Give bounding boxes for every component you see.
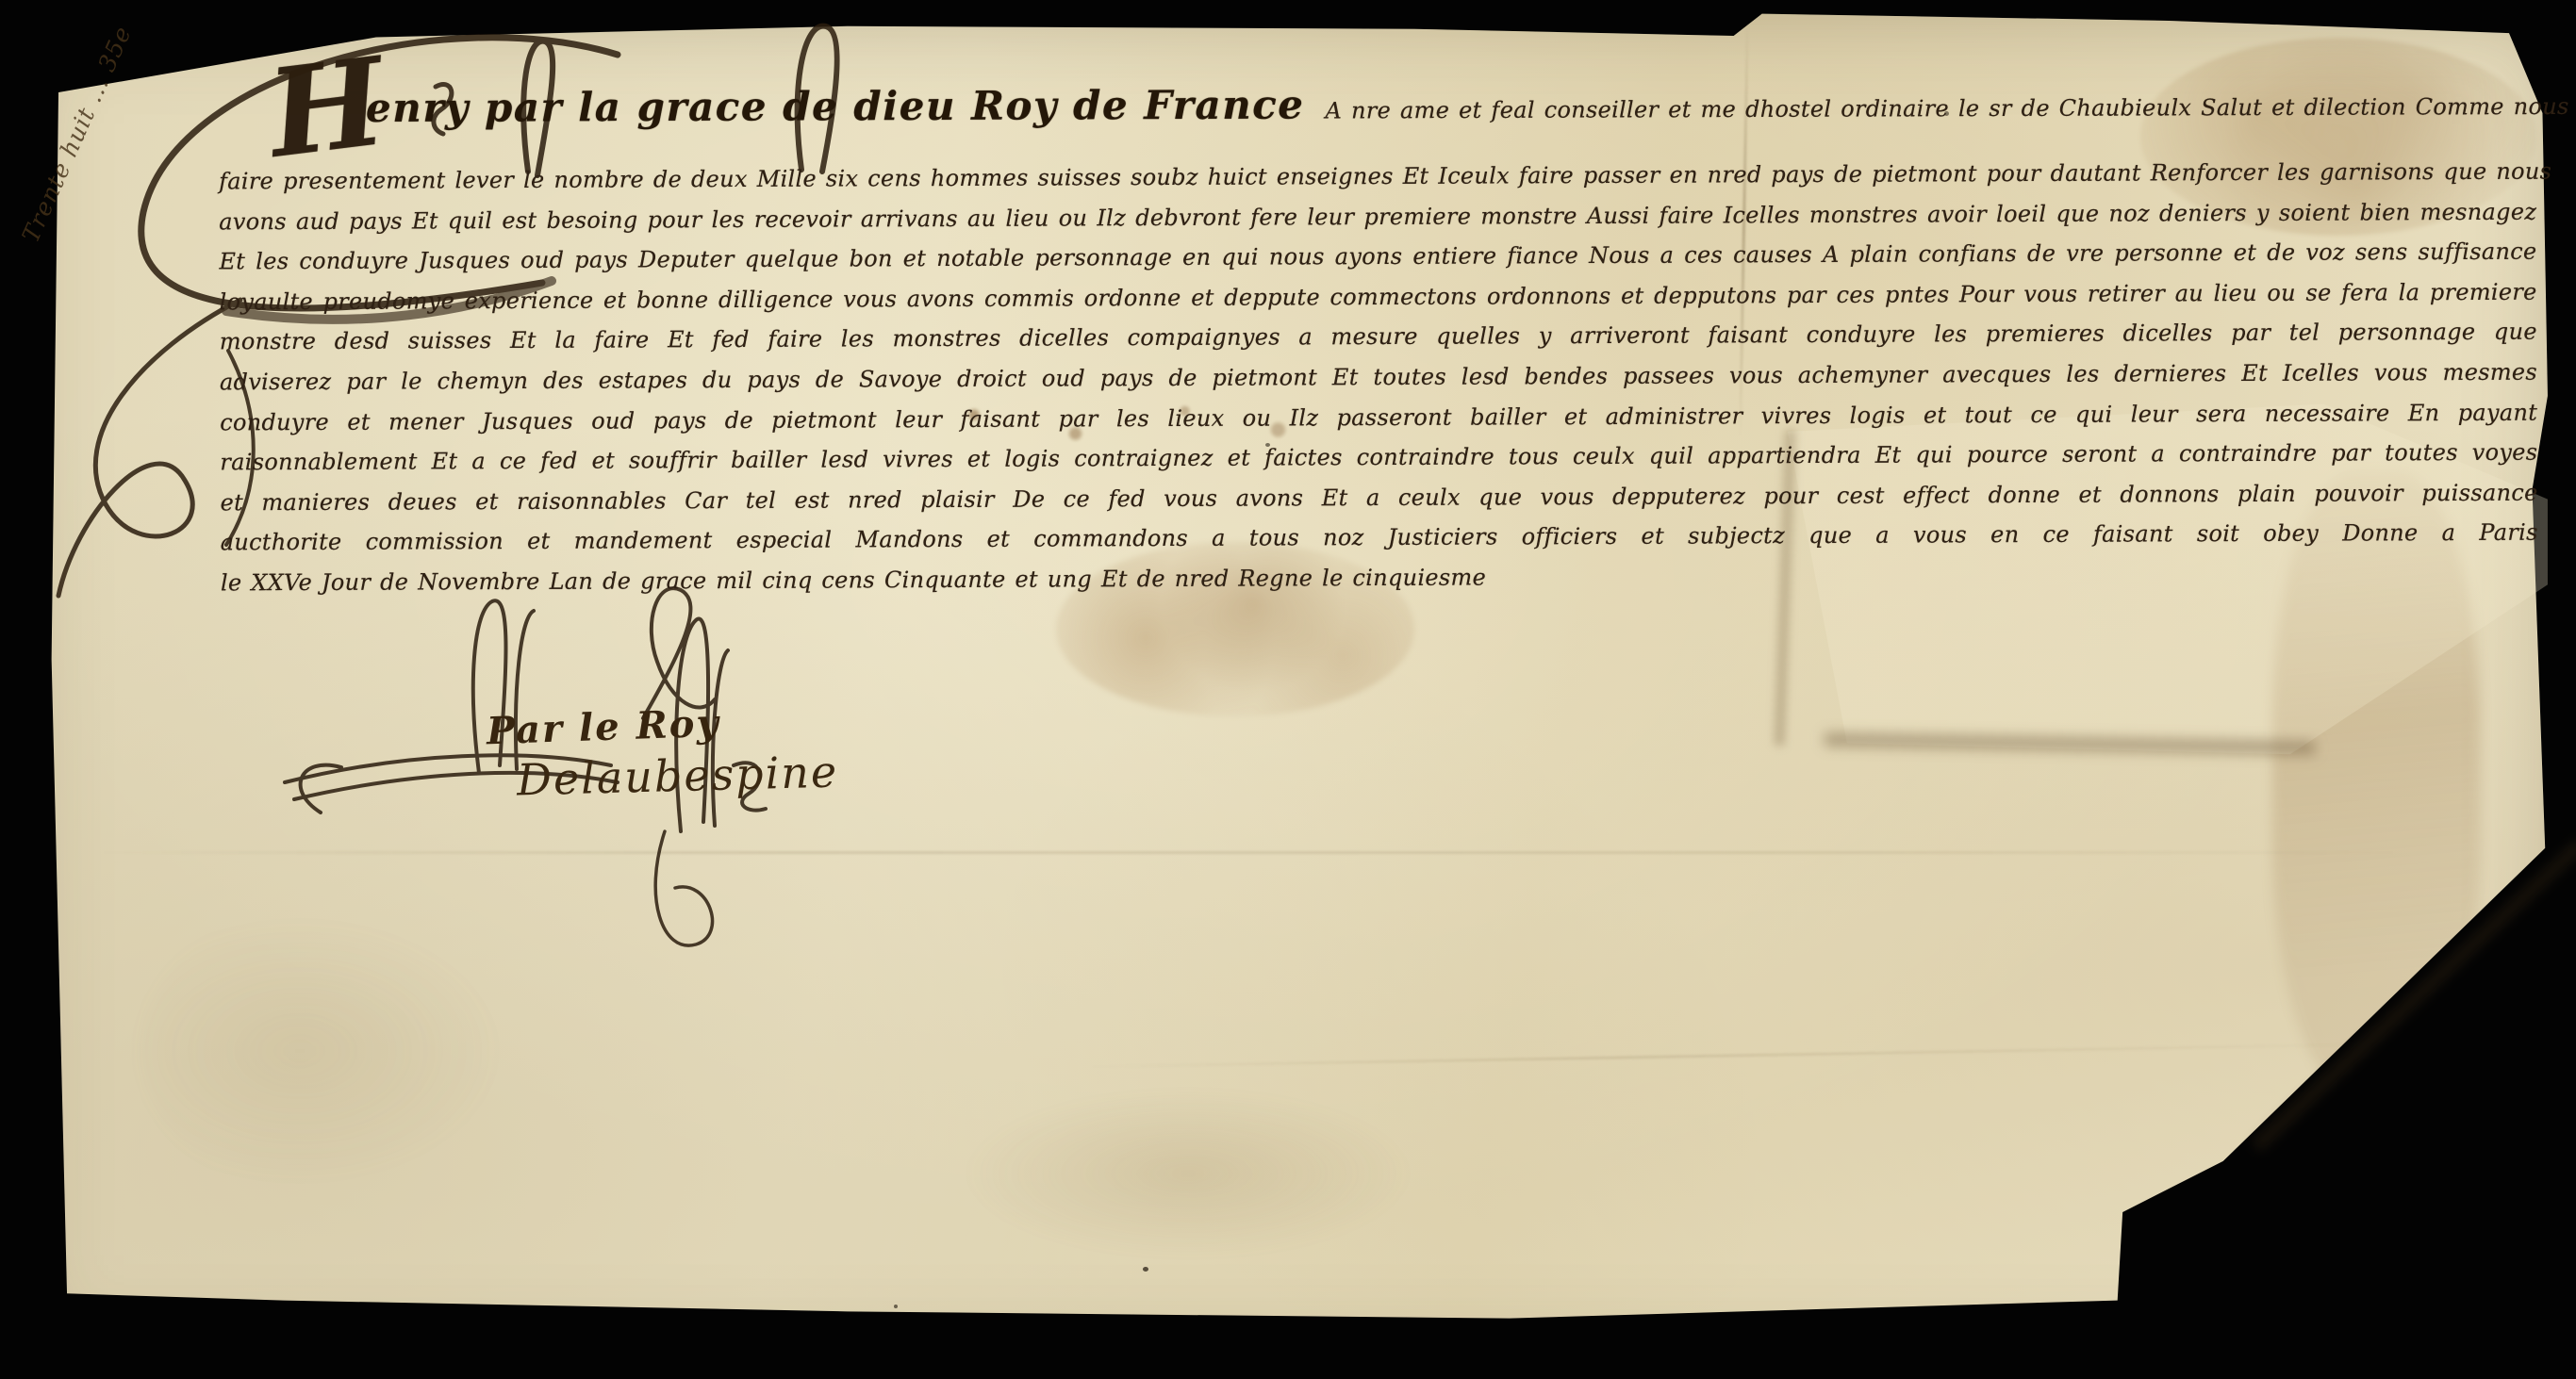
date-line: le XXVe Jour de Novembre Lan de grace mi… [221, 558, 1418, 603]
ink-speck [1143, 1267, 1148, 1272]
crease-horizontal-2 [1084, 1042, 2423, 1069]
letter-body: faire presentement lever le nombre de de… [219, 152, 2538, 603]
ink-speck [894, 1305, 898, 1308]
stain-left-lower [141, 895, 537, 1207]
opening-line: enry par la grace de dieu Roy de France … [366, 77, 2536, 131]
opening-line-text: A nre ame et feal conseiller et me dhost… [1325, 92, 2576, 123]
stain-bottom-smudge [924, 1075, 1452, 1272]
opening-line-engrossed: enry par la grace de dieu Roy de France [366, 82, 1305, 131]
photo-stage: H Trente huit ... 35e [0, 0, 2576, 1379]
royal-subscription: Par le Roy [486, 701, 720, 754]
secretary-signature: Delaubespine [516, 747, 838, 806]
crease-horizontal-1 [94, 851, 2404, 854]
